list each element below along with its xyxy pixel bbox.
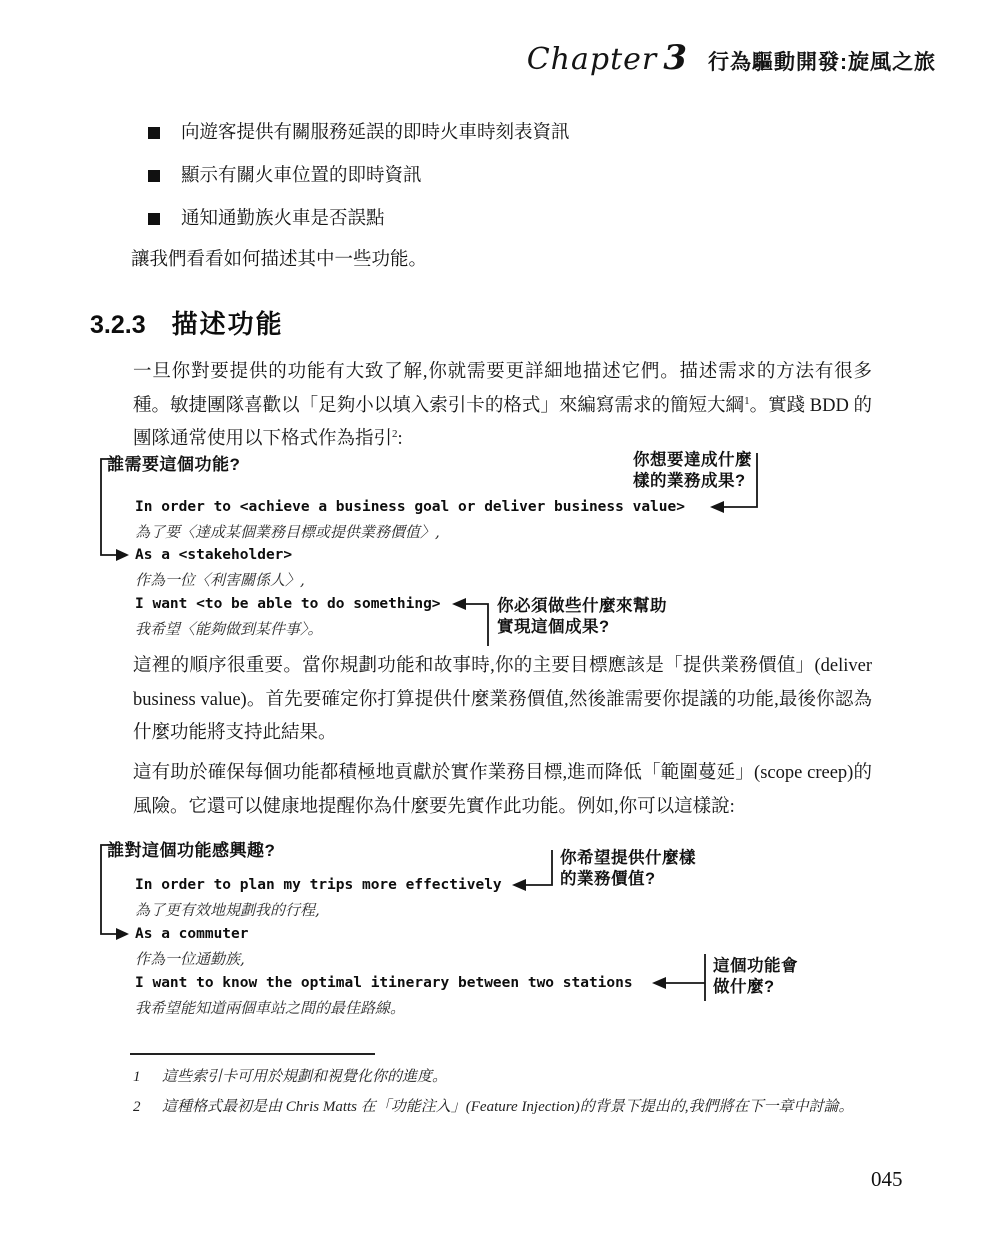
annotation-business-value: 你希望提供什麼樣 的業務價值? bbox=[560, 848, 696, 890]
story-line-translation: 作為一位通勤族, bbox=[135, 950, 245, 969]
story-line-in-order-to: In order to <achieve a business goal or … bbox=[135, 498, 685, 516]
list-item: 向遊客提供有關服務延誤的即時火車時刻表資訊 bbox=[148, 119, 570, 147]
bullet-square-icon bbox=[148, 170, 160, 182]
bullet-square-icon bbox=[148, 127, 160, 139]
annotation-who-needs-feature: 誰需要這個功能? bbox=[107, 455, 240, 475]
annotation-what-to-do: 你必須做些什麼來幫助 實現這個成果? bbox=[497, 596, 667, 638]
callout-line: 實現這個成果? bbox=[497, 617, 667, 638]
body-paragraph: 這有助於確保每個功能都積極地貢獻於實作業務目標,進而降低「範圍蔓延」(scope… bbox=[133, 757, 872, 824]
list-item: 顯示有關火車位置的即時資訊 bbox=[148, 162, 570, 190]
chapter-script: Chapter 3 bbox=[527, 38, 688, 78]
callout-line: 你希望提供什麼樣 bbox=[560, 848, 696, 869]
story-line-translation: 我希望能知道兩個車站之間的最佳路線。 bbox=[135, 999, 405, 1018]
footnote-separator bbox=[130, 1053, 375, 1055]
body-paragraph: 這裡的順序很重要。當你規劃功能和故事時,你的主要目標應該是「提供業務價值」(de… bbox=[133, 650, 872, 751]
section-heading: 3.2.3 描述功能 bbox=[90, 304, 284, 341]
story-line-translation: 作為一位〈利害關係人〉, bbox=[135, 571, 305, 590]
chapter-word: Chapter bbox=[527, 42, 658, 77]
book-page: Chapter 3 行為驅動開發:旋風之旅 向遊客提供有關服務延誤的即時火車時刻… bbox=[0, 0, 1000, 1244]
story-line-translation: 我希望〈能夠做到某件事〉。 bbox=[135, 620, 323, 639]
story-line-i-want: I want to know the optimal itinerary bet… bbox=[135, 974, 633, 992]
annotation-business-outcome: 你想要達成什麼 樣的業務成果? bbox=[633, 450, 752, 492]
story-line-as-a: As a <stakeholder> bbox=[135, 546, 292, 564]
callout-line: 你必須做些什麼來幫助 bbox=[497, 596, 667, 617]
story-line-i-want: I want <to be able to do something> bbox=[135, 595, 441, 613]
bullet-text: 通知通勤族火車是否誤點 bbox=[181, 205, 385, 233]
story-line-translation: 為了更有效地規劃我的行程, bbox=[135, 901, 320, 920]
footnote-text: 這種格式最初是由 Chris Matts 在「功能注入」(Feature Inj… bbox=[162, 1092, 877, 1122]
footnote-number: 2 bbox=[133, 1092, 162, 1122]
callout-line: 做什麼? bbox=[713, 977, 798, 998]
annotation-what-feature-does: 這個功能會 做什麼? bbox=[713, 956, 798, 998]
list-item: 通知通勤族火車是否誤點 bbox=[148, 205, 570, 233]
story-line-in-order-to: In order to plan my trips more effective… bbox=[135, 876, 502, 894]
bullet-text: 向遊客提供有關服務延誤的即時火車時刻表資訊 bbox=[181, 119, 570, 147]
page-number: 045 bbox=[871, 1167, 903, 1192]
chapter-number: 3 bbox=[663, 38, 688, 78]
bullet-text: 顯示有關火車位置的即時資訊 bbox=[181, 162, 422, 190]
body-paragraph: 一旦你對要提供的功能有大致了解,你就需要更詳細地描述它們。描述需求的方法有很多種… bbox=[133, 356, 872, 457]
annotation-who-interested: 誰對這個功能感興趣? bbox=[107, 841, 275, 861]
story-template-figure-generic: 誰需要這個功能? 你想要達成什麼 樣的業務成果? In order to <ac… bbox=[0, 452, 1000, 654]
paragraph-text: : bbox=[398, 429, 403, 449]
footnote-number: 1 bbox=[133, 1062, 162, 1092]
callout-line: 你想要達成什麼 bbox=[633, 450, 752, 471]
story-line-translation: 為了要〈達成某個業務目標或提供業務價值〉, bbox=[135, 523, 440, 542]
intro-paragraph: 讓我們看看如何描述其中一些功能。 bbox=[131, 246, 427, 274]
chapter-header: Chapter 3 行為驅動開發:旋風之旅 bbox=[527, 38, 936, 78]
footnote-text: 這些索引卡可用於規劃和視覺化你的進度。 bbox=[162, 1062, 877, 1092]
story-template-figure-commuter: 誰對這個功能感興趣? 你希望提供什麼樣 的業務價值? In order to p… bbox=[0, 838, 1000, 1026]
callout-line: 這個功能會 bbox=[713, 956, 798, 977]
footnote: 2 這種格式最初是由 Chris Matts 在「功能注入」(Feature I… bbox=[133, 1092, 877, 1122]
callout-line: 的業務價值? bbox=[560, 869, 696, 890]
footnote: 1 這些索引卡可用於規劃和視覺化你的進度。 bbox=[133, 1062, 877, 1092]
feature-bullet-list: 向遊客提供有關服務延誤的即時火車時刻表資訊 顯示有關火車位置的即時資訊 通知通勤… bbox=[148, 119, 570, 248]
section-title: 描述功能 bbox=[172, 304, 284, 341]
story-line-as-a: As a commuter bbox=[135, 925, 249, 943]
chapter-title: 行為驅動開發:旋風之旅 bbox=[708, 46, 936, 76]
callout-line: 樣的業務成果? bbox=[633, 471, 752, 492]
bullet-square-icon bbox=[148, 213, 160, 225]
section-number: 3.2.3 bbox=[90, 311, 146, 340]
